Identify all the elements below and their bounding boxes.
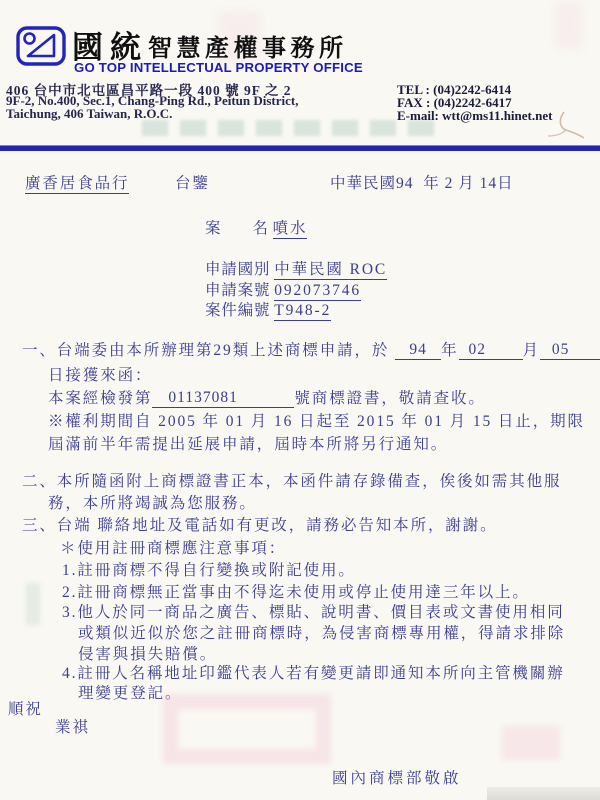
reference-no-value: T948-2 <box>274 302 331 321</box>
application-no-label: 申請案號 <box>205 282 270 299</box>
scanned-letter-page: 國統智慧產權事務所 GO TOP INTELLECTUAL PROPERTY O… <box>0 0 600 800</box>
company-name-zh-rest: 智慧產權事務所 <box>148 36 348 62</box>
item1-line3: 本案經檢發第01137081號商標證書，敬請查收。 <box>48 386 486 408</box>
scan-edge-shadow <box>487 787 600 800</box>
email-line: E-mail: wtt@ms11.hinet.net <box>397 108 552 124</box>
letterhead-divider <box>0 145 600 151</box>
note1: 1.註冊商標不得自行變換或附記使用。 <box>62 558 356 580</box>
item3-line1: 三、台端 聯絡地址及電話如有更改，請務必告知本所，謝謝。 <box>22 513 498 535</box>
note3-line1: 3.他人於同一商品之廣告、標貼、說明書、價目表或文書使用相同 <box>62 600 565 622</box>
note2: 2.註冊商標無正當事由不得迄未使用或停止使用達三年以上。 <box>62 580 530 602</box>
company-name-en: GO TOP INTELLECTUAL PROPERTY OFFICE <box>74 60 363 75</box>
received-month-blank: 02 <box>459 341 523 360</box>
item2-line2: 務，本所將竭誠為您服務。 <box>48 491 257 513</box>
received-year-blank: 94 <box>395 341 441 360</box>
letter-date: 中華民國94 年 2 月 14日 <box>330 171 514 193</box>
item1-line1: 一、台端委由本所辦理第29類上述商標申請，於 94年02月05 <box>22 338 600 360</box>
case-name-value: 噴水 <box>273 220 308 239</box>
country-row: 申請國別中華民國 ROC <box>205 257 387 279</box>
notes-title: ＊使用註冊商標應注意事項： <box>60 536 286 558</box>
signoff: 國內商標部敬啟 <box>332 766 462 788</box>
item1-line5: 屆滿前半年需提出延展申請，屆時本所將另行通知。 <box>48 432 448 454</box>
case-name-label-2: 名 <box>252 220 268 237</box>
recipient-name: 廣香居食品行 <box>25 171 129 193</box>
cert-prefix: 本案經檢發第 <box>48 390 152 407</box>
recipient-name-text: 廣香居食品行 <box>25 175 129 194</box>
reference-no-row: 案件編號T948-2 <box>205 298 331 320</box>
gotop-logo-icon <box>16 26 66 66</box>
note3-line2: 或類似近似於您之註冊商標時，為侵害商標專用權，得請求排除 <box>78 621 565 643</box>
closing-wish-2: 業祺 <box>55 715 90 737</box>
case-name-row: 案名噴水 <box>205 216 307 238</box>
scan-smudge <box>26 583 40 625</box>
address-en-line2: Taichung, 406 Taiwan, R.O.C. <box>6 106 172 122</box>
item1-line4: ※權利期間自 2005 年 01 月 16 日起至 2015 年 01 月 15… <box>48 409 585 431</box>
item1-line1-prefix: 一、台端委由本所辦理第29類上述商標申請，於 <box>22 342 389 359</box>
showthrough-stamp-small <box>502 726 560 760</box>
month-unit: 月 <box>523 342 540 359</box>
application-no-row: 申請案號092073746 <box>205 278 361 300</box>
case-name-label-1: 案 <box>205 220 221 237</box>
country-label: 申請國別 <box>205 261 270 278</box>
closing-wish-1: 順祝 <box>8 697 43 719</box>
note4-line1: 4.註冊人名稱地址印鑑代表人若有變更請即通知本所向主管機關辦 <box>62 661 565 683</box>
received-day-blank: 05 <box>540 341 600 360</box>
item2-line1: 二、本所隨函附上商標證書正本，本函件請存錄備查，俟後如需其他服 <box>22 469 561 491</box>
certificate-no-blank: 01137081 <box>152 389 294 408</box>
showthrough-pink-band <box>556 2 582 48</box>
year-unit: 年 <box>441 342 458 359</box>
reference-no-label: 案件編號 <box>205 302 270 319</box>
showthrough-ghost-text <box>142 120 434 138</box>
salutation: 台鑒 <box>175 171 210 193</box>
cert-suffix: 號商標證書，敬請查收。 <box>294 390 485 407</box>
item1-line2: 日接獲來函： <box>48 363 152 385</box>
showthrough-stamp <box>163 694 331 764</box>
